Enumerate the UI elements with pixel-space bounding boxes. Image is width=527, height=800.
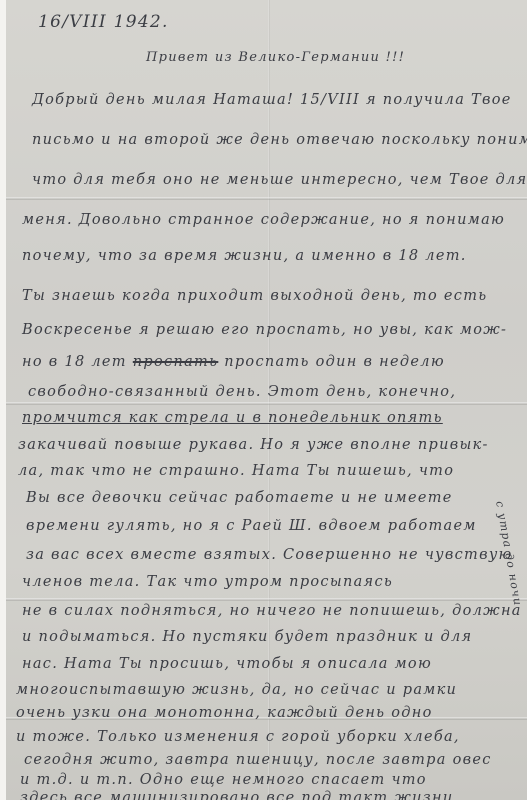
horizontal-fold — [6, 197, 527, 200]
letter-line: и тоже. Только изменения с горой уборки … — [16, 729, 460, 745]
horizontal-fold — [6, 598, 527, 601]
letter-line: очень узки она монотонна, каждый день од… — [16, 705, 433, 721]
letter-heading: Привет из Велико-Германии !!! — [146, 50, 405, 65]
letter-line: Ты знаешь когда приходит выходной день, … — [22, 288, 487, 304]
letter-line: Добрый день милая Наташа! 15/VIII я полу… — [32, 92, 512, 108]
letter-line: сегодня жито, завтра пшеницу, после завт… — [24, 752, 492, 768]
letter-line: за вас всех вместе взятых. Совершенно не… — [26, 547, 513, 563]
letter-page: 16/VIII 1942. Привет из Велико-Германии … — [6, 0, 527, 800]
letter-line: нас. Ната Ты просишь, чтобы я описала мо… — [22, 656, 432, 672]
letter-line: и подыматься. Но пустяки будет праздник … — [22, 629, 472, 645]
horizontal-fold — [6, 402, 527, 405]
letter-line: не в силах подняться, но ничего не попиш… — [22, 603, 522, 619]
letter-line: письмо и на второй же день отвечаю поско… — [32, 132, 527, 148]
struck-word: проспать — [133, 354, 219, 370]
letter-line-rest: проспать один в неделю — [218, 354, 445, 370]
letter-line: членов тела. Так что утром просыпаясь — [22, 574, 393, 590]
vertical-fold — [268, 0, 270, 800]
letter-line: промчится как стрела и в понедельник опя… — [22, 410, 443, 426]
letter-line-start: но в 18 лет — [22, 354, 127, 370]
letter-date: 16/VIII 1942. — [38, 12, 169, 32]
letter-line: и т.д. и т.п. Одно еще немного спасает ч… — [20, 772, 427, 788]
letter-line: закачивай повыше рукава. Но я уже вполне… — [18, 437, 489, 453]
letter-line: многоиспытавшую жизнь, да, но сейчас и р… — [16, 682, 457, 698]
letter-line: меня. Довольно странное содержание, но я… — [22, 212, 505, 228]
letter-line: что для тебя оно не меньше интересно, че… — [32, 172, 527, 188]
letter-line: ла, так что не страшно. Ната Ты пишешь, … — [18, 463, 454, 479]
letter-line: почему, что за время жизни, а именно в 1… — [22, 248, 467, 264]
letter-line: но в 18 лет проспать проспать один в нед… — [22, 354, 445, 370]
letter-line: свободно-связанный день. Этот день, коне… — [28, 384, 456, 400]
letter-line: Воскресенье я решаю его проспать, но увы… — [22, 322, 507, 338]
letter-line: времени гулять, но я с Раей Ш. вдвоем ра… — [26, 518, 477, 534]
letter-line: Вы все девочки сейчас работаете и не име… — [26, 490, 453, 506]
letter-line: здесь все машинизировано все под такт жи… — [20, 790, 459, 800]
